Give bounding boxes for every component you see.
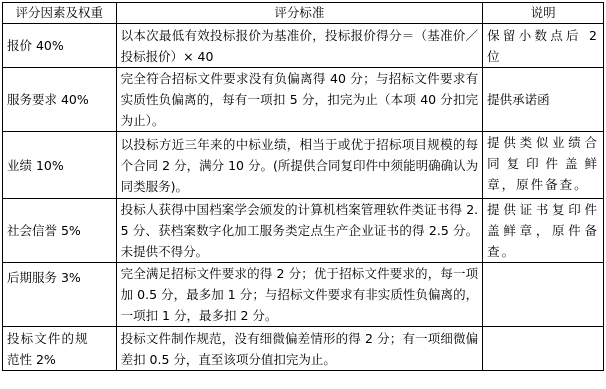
note-cell: 提供类似业绩合同复印件盖鲜章，原件备查。 <box>483 132 604 199</box>
note-cell <box>483 263 604 327</box>
table-row: 后期服务 3% 完全满足招标文件要求的得 2 分；优于招标文件要求的，每一项加 … <box>3 263 604 327</box>
table-row: 报价 40% 以本次最低有效投标报价为基准价，投标报价得分＝（基准价／投标报价）… <box>3 24 604 68</box>
table-row: 投标文件的规范性 2% 投标文件制作规范，没有细微偏差情形的得 2 分；有一项细… <box>3 327 604 371</box>
note-cell <box>483 327 604 371</box>
note-cell: 保留小数点后 2 位 <box>483 24 604 68</box>
note-cell: 提供证书复印件盖鲜章，原件备查。 <box>483 199 604 263</box>
criteria-cell: 完全符合招标文件要求没有负偏离得 40 分；与招标文件要求有实质性负偏离的，每有… <box>116 68 483 132</box>
factor-cell: 服务要求 40% <box>3 68 117 132</box>
factor-cell: 后期服务 3% <box>3 263 117 327</box>
header-note: 说明 <box>483 3 604 24</box>
scoring-table: 评分因素及权重 评分标准 说明 报价 40% 以本次最低有效投标报价为基准价，投… <box>2 2 604 371</box>
factor-cell: 报价 40% <box>3 24 117 68</box>
criteria-cell: 以本次最低有效投标报价为基准价，投标报价得分＝（基准价／投标报价）× 40 <box>116 24 483 68</box>
note-cell: 提供承诺函 <box>483 68 604 132</box>
header-factor: 评分因素及权重 <box>3 3 117 24</box>
factor-cell: 社会信誉 5% <box>3 199 117 263</box>
table-row: 社会信誉 5% 投标人获得中国档案学会颁发的计算机档案管理软件类证书得 2.5 … <box>3 199 604 263</box>
factor-cell: 投标文件的规范性 2% <box>3 327 117 371</box>
table-row: 服务要求 40% 完全符合招标文件要求没有负偏离得 40 分；与招标文件要求有实… <box>3 68 604 132</box>
criteria-cell: 以投标方近三年来的中标业绩，相当于或优于招标项目规模的每个合同 2 分，满分 1… <box>116 132 483 199</box>
criteria-cell: 投标人获得中国档案学会颁发的计算机档案管理软件类证书得 2.5 分、获档案数字化… <box>116 199 483 263</box>
criteria-cell: 完全满足招标文件要求的得 2 分；优于招标文件要求的，每一项加 0.5 分，最多… <box>116 263 483 327</box>
factor-cell: 业绩 10% <box>3 132 117 199</box>
table-header-row: 评分因素及权重 评分标准 说明 <box>3 3 604 24</box>
criteria-cell: 投标文件制作规范，没有细微偏差情形的得 2 分；有一项细微偏差扣 0.5 分，直… <box>116 327 483 371</box>
header-criteria: 评分标准 <box>116 3 483 24</box>
table-row: 业绩 10% 以投标方近三年来的中标业绩，相当于或优于招标项目规模的每个合同 2… <box>3 132 604 199</box>
